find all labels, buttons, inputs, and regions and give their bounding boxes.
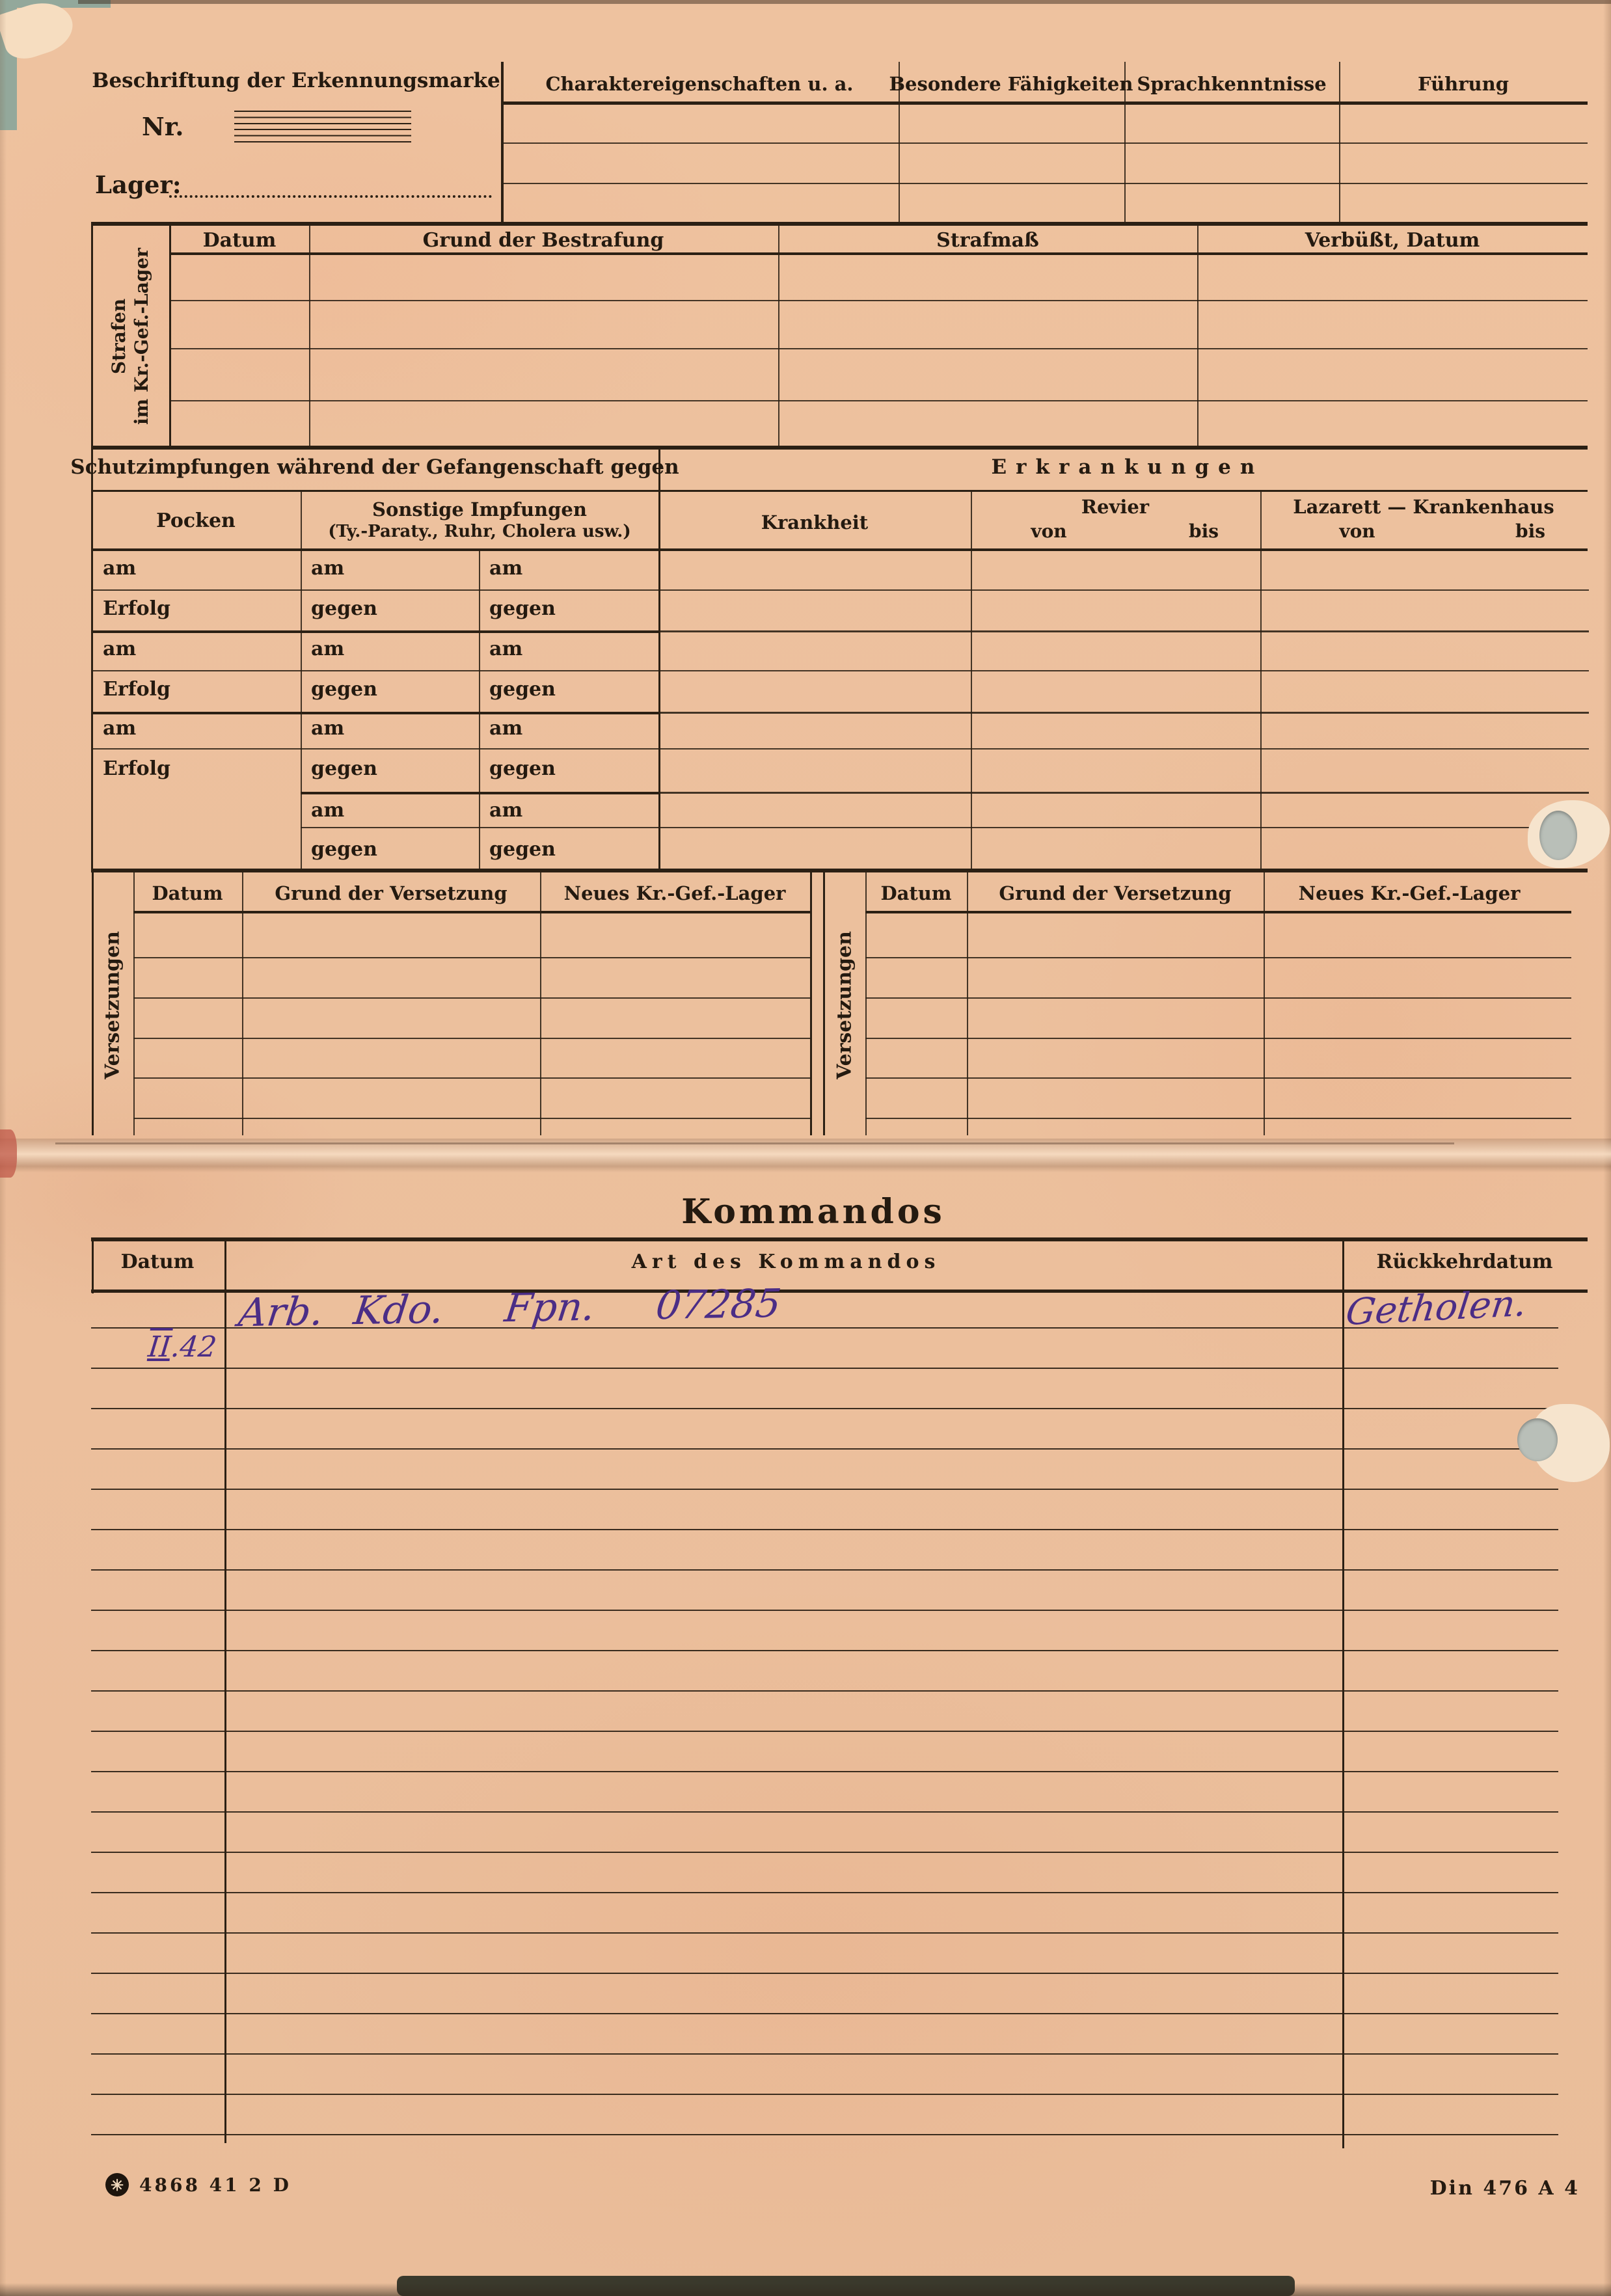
pocken-am-1: am bbox=[103, 557, 136, 580]
rule-h bbox=[169, 300, 1588, 301]
rule-h bbox=[501, 183, 1588, 184]
rule-h bbox=[658, 792, 1589, 794]
pow-record-card-back: Beschriftung der Erkennungsmarke Nr. Lag… bbox=[0, 0, 1611, 2296]
fold-red-edge-mark bbox=[0, 1129, 17, 1178]
col-lazarett-bis: bis bbox=[1515, 520, 1545, 542]
rule-h bbox=[133, 957, 811, 958]
sonstige2-gegen-4: gegen bbox=[489, 838, 556, 861]
sonstige1-gegen-3: gegen bbox=[311, 757, 377, 780]
rule-h bbox=[301, 792, 658, 794]
rule-v bbox=[91, 222, 93, 450]
col-revier-von: von bbox=[1031, 520, 1066, 542]
col-lazarett: Lazarett — Krankenhaus bbox=[1293, 496, 1554, 518]
traits-header-charakter: Charaktereigenschaften u. a. bbox=[545, 73, 853, 95]
strafen-side-label-line1: Strafen bbox=[107, 248, 130, 425]
pocken-erfolg-1: Erfolg bbox=[103, 597, 170, 620]
rule-h bbox=[133, 1118, 811, 1119]
rule-v bbox=[1260, 490, 1262, 872]
rule-v bbox=[658, 446, 660, 872]
pocken-am-2: am bbox=[103, 638, 136, 660]
col-lazarett-von: von bbox=[1339, 520, 1375, 542]
rule-h bbox=[133, 1038, 811, 1039]
col-sonstige-line2: (Ty.-Paraty., Ruhr, Cholera usw.) bbox=[328, 522, 630, 541]
sonstige2-gegen-1: gegen bbox=[489, 597, 556, 620]
rule-h bbox=[658, 589, 1589, 591]
rule-v bbox=[971, 490, 972, 872]
sonstige2-gegen-3: gegen bbox=[489, 757, 556, 780]
rule-h bbox=[501, 101, 1588, 105]
rule-h-thick bbox=[91, 446, 1588, 450]
rule-v bbox=[242, 869, 243, 1135]
rule-v bbox=[967, 869, 968, 1135]
printer-mark-icon: ✳ bbox=[105, 2173, 129, 2196]
sonstige1-am-4: am bbox=[311, 799, 344, 822]
rule-h bbox=[133, 1077, 811, 1079]
rule-h bbox=[169, 348, 1588, 349]
versetzungen-l-datum: Datum bbox=[152, 882, 223, 904]
rule-h bbox=[865, 957, 1571, 958]
entry-datum-month: II bbox=[146, 1330, 172, 1364]
kommandos-header-art: Art des Kommandos bbox=[632, 1250, 941, 1273]
strafen-header-datum: Datum bbox=[203, 229, 277, 252]
bottom-edge-shadow bbox=[0, 2283, 1611, 2296]
strafen-header-grund: Grund der Bestrafung bbox=[423, 229, 664, 252]
kommandos-ruled-rows bbox=[91, 1288, 1558, 2137]
rule-v bbox=[92, 869, 94, 1135]
rule-h bbox=[865, 1077, 1571, 1079]
pocken-erfolg-3: Erfolg bbox=[103, 757, 170, 780]
rule-h bbox=[865, 911, 1571, 913]
rule-v bbox=[92, 1237, 94, 1293]
rule-v bbox=[479, 548, 480, 872]
traits-header-fuehrung: Führung bbox=[1418, 73, 1509, 95]
rule-h bbox=[91, 589, 658, 591]
versetzungen-side-label-left: Versetzungen bbox=[102, 931, 124, 1079]
printer-code: 4868 41 2 D bbox=[139, 2174, 291, 2196]
top-edge-shadow bbox=[78, 0, 1611, 4]
sonstige2-am-4: am bbox=[489, 799, 522, 822]
col-revier-bis: bis bbox=[1189, 520, 1219, 542]
rule-v bbox=[169, 222, 171, 450]
rule-v bbox=[865, 869, 867, 1135]
kommandos-header-rueckkehr: Rückkehrdatum bbox=[1376, 1250, 1552, 1273]
sonstige1-gegen-1: gegen bbox=[311, 597, 377, 620]
versetzungen-l-neues: Neues Kr.-Gef.-Lager bbox=[564, 882, 786, 904]
versetzungen-r-grund: Grund der Versetzung bbox=[999, 882, 1231, 904]
rule-v bbox=[133, 869, 135, 1135]
rule-v bbox=[540, 869, 541, 1135]
strafen-side-label-line2: im Kr.-Gef.-Lager bbox=[130, 248, 153, 425]
pocken-am-3: am bbox=[103, 717, 136, 740]
kommandos-title: Kommandos bbox=[681, 1192, 945, 1232]
rule-h bbox=[91, 548, 1588, 551]
rule-v bbox=[1197, 224, 1198, 450]
rule-h bbox=[501, 142, 1588, 144]
rule-h bbox=[658, 630, 1589, 632]
rule-h bbox=[91, 712, 658, 714]
punch-hole-top bbox=[1539, 811, 1577, 860]
rule-h bbox=[91, 630, 658, 633]
versetzungen-r-datum: Datum bbox=[880, 882, 951, 904]
col-revier: Revier bbox=[1081, 496, 1149, 518]
rule-h bbox=[865, 1118, 1571, 1119]
rule-h bbox=[133, 997, 811, 999]
rule-h bbox=[133, 911, 811, 913]
sonstige2-gegen-2: gegen bbox=[489, 678, 556, 701]
rule-h bbox=[658, 827, 1589, 828]
lager-label: Lager: bbox=[95, 170, 182, 199]
rule-h bbox=[865, 1038, 1571, 1039]
rule-v bbox=[309, 224, 310, 450]
traits-header-sprachen: Sprachkenntnisse bbox=[1137, 73, 1326, 95]
sonstige1-am-2: am bbox=[311, 638, 344, 660]
rule-v bbox=[823, 869, 825, 1135]
versetzungen-l-grund: Grund der Versetzung bbox=[275, 882, 507, 904]
rule-h bbox=[169, 252, 1588, 255]
entry-datum-rest: .42 bbox=[169, 1330, 218, 1364]
strafen-header-strafmass: Strafmaß bbox=[936, 229, 1039, 252]
sonstige2-am-1: am bbox=[489, 557, 522, 580]
rule-h bbox=[658, 748, 1589, 750]
entry-art: Arb. Kdo. Fpn. 07285 bbox=[236, 1281, 783, 1336]
rule-h bbox=[169, 400, 1588, 401]
versetzungen-r-neues: Neues Kr.-Gef.-Lager bbox=[1299, 882, 1521, 904]
rule-v bbox=[1264, 869, 1265, 1135]
versetzungen-side-label-right: Versetzungen bbox=[833, 931, 856, 1079]
rule-v bbox=[810, 869, 812, 1135]
kommandos-header-datum: Datum bbox=[121, 1250, 195, 1273]
rule-h-thick bbox=[91, 869, 1588, 872]
pocken-erfolg-2: Erfolg bbox=[103, 678, 170, 701]
printer-imprint: ✳ 4868 41 2 D bbox=[105, 2173, 291, 2196]
rule-h-thick bbox=[91, 1237, 1588, 1241]
sonstige1-am-3: am bbox=[311, 717, 344, 740]
strafen-header-verbuesst: Verbüßt, Datum bbox=[1305, 229, 1480, 252]
din-format-code: Din 476 A 4 bbox=[1430, 2177, 1580, 2200]
erkennungsmarke-title: Beschriftung der Erkennungsmarke bbox=[92, 69, 500, 92]
rule-h bbox=[658, 712, 1589, 714]
punch-hole-bottom bbox=[1517, 1418, 1558, 1461]
rule-h bbox=[91, 670, 658, 671]
col-krankheit: Krankheit bbox=[761, 511, 868, 533]
rule-v bbox=[301, 490, 302, 872]
entry-datum: II.42 bbox=[107, 1297, 222, 1397]
sonstige1-gegen-4: gegen bbox=[311, 838, 377, 861]
rule-h bbox=[91, 490, 1588, 492]
rule-h-thick bbox=[91, 222, 1588, 226]
nr-ruled-lines bbox=[234, 111, 411, 142]
sonstige1-am-1: am bbox=[311, 557, 344, 580]
rule-h bbox=[91, 748, 658, 750]
nr-label: Nr. bbox=[142, 112, 184, 141]
sonstige1-gegen-2: gegen bbox=[311, 678, 377, 701]
col-pocken: Pocken bbox=[156, 509, 236, 532]
rule-h bbox=[658, 670, 1589, 671]
rule-h bbox=[301, 827, 658, 828]
impfungen-header-left: Schutzimpfungen während der Gefangenscha… bbox=[70, 455, 679, 479]
traits-header-faehigkeiten: Besondere Fähigkeiten bbox=[889, 73, 1133, 95]
fold-crease-line bbox=[55, 1142, 1454, 1144]
sonstige2-am-3: am bbox=[489, 717, 522, 740]
sonstige2-am-2: am bbox=[489, 638, 522, 660]
rule-v bbox=[778, 224, 779, 450]
rule-v bbox=[91, 446, 93, 872]
erkrankungen-header: Erkrankungen bbox=[992, 455, 1264, 479]
lager-dotted-line bbox=[169, 169, 492, 198]
rule-h bbox=[865, 997, 1571, 999]
strafen-side-label: Strafen im Kr.-Gef.-Lager bbox=[107, 248, 153, 425]
col-sonstige-line1: Sonstige Impfungen bbox=[372, 498, 587, 520]
